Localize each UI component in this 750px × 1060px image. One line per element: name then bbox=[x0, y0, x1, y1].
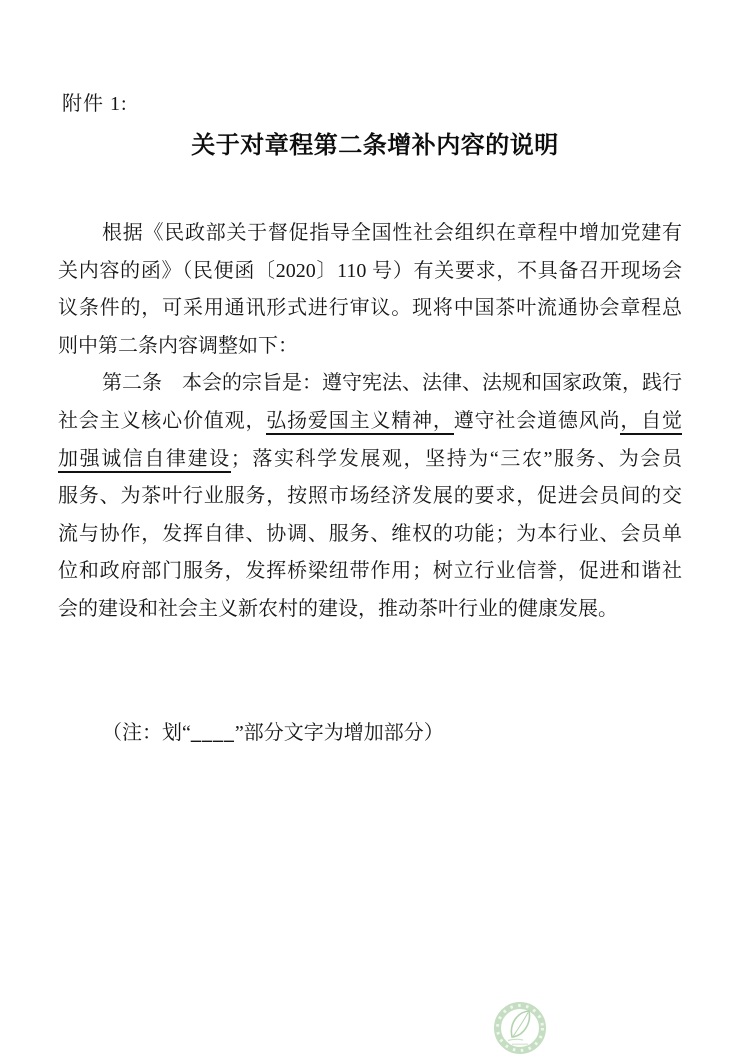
page-title: 关于对章程第二条增补内容的说明 bbox=[0, 131, 750, 160]
text-segment: 议条件的，可采用通讯形式进行审议。现将中国茶叶流通协会章程总 bbox=[58, 297, 682, 319]
text-segment: 遵守社会道德风尚 bbox=[454, 410, 621, 432]
attachment-label: 附件 1: bbox=[62, 92, 128, 116]
body-line: 第二条 本会的宗旨是：遵守宪法、法律、法规和国家政策，践行 bbox=[58, 365, 682, 403]
body-line: 加强诚信自律建设；落实科学发展观，坚持为“三农”服务、为会员 bbox=[58, 441, 682, 479]
text-segment: 第二条 本会的宗旨是：遵守宪法、法律、法规和国家政策，践行 bbox=[102, 372, 682, 394]
body-line: 根据《民政部关于督促指导全国性社会组织在章程中增加党建有 bbox=[58, 215, 682, 253]
body-line: 社会主义核心价值观，弘扬爱国主义精神，遵守社会道德风尚，自觉 bbox=[58, 403, 682, 441]
note-prefix: （注：划“ bbox=[102, 722, 191, 744]
blank-underline: ____ bbox=[191, 722, 235, 744]
text-segment: 根据《民政部关于督促指导全国性社会组织在章程中增加党建有 bbox=[102, 222, 682, 244]
text-segment: 社会主义核心价值观， bbox=[58, 410, 266, 432]
body-line: 服务、为茶叶行业服务，按照市场经济发展的要求，促进会员间的交 bbox=[58, 478, 682, 516]
text-segment: 流与协作，发挥自律、协调、服务、维权的功能；为本行业、会员单 bbox=[58, 523, 682, 545]
body-line: 议条件的，可采用通讯形式进行审议。现将中国茶叶流通协会章程总 bbox=[58, 290, 682, 328]
underlined-addition: ，自觉 bbox=[620, 410, 682, 435]
text-segment: 会的建设和社会主义新农村的建设，推动茶叶行业的健康发展。 bbox=[58, 598, 618, 620]
body-line: 流与协作，发挥自律、协调、服务、维权的功能；为本行业、会员单 bbox=[58, 516, 682, 554]
document-page: 附件 1: 关于对章程第二条增补内容的说明 根据《民政部关于督促指导全国性社会组… bbox=[0, 0, 750, 1060]
note-line: （注：划“____”部分文字为增加部分） bbox=[58, 715, 726, 753]
text-segment: 位和政府部门服务，发挥桥梁纽带作用；树立行业信誉，促进和谐社 bbox=[58, 560, 682, 582]
body-line: 则中第二条内容调整如下： bbox=[58, 328, 682, 366]
document-body: 根据《民政部关于督促指导全国性社会组织在章程中增加党建有关内容的函》（民便函〔2… bbox=[58, 215, 682, 629]
underlined-addition: 加强诚信自律建设 bbox=[58, 448, 231, 473]
body-line: 位和政府部门服务，发挥桥梁纽带作用；树立行业信誉，促进和谐社 bbox=[58, 553, 682, 591]
text-segment: ；落实科学发展观，坚持为“三农”服务、为会员 bbox=[231, 448, 682, 470]
tea-leaf-seal-icon bbox=[492, 999, 548, 1057]
body-line: 关内容的函》（民便函〔2020〕110 号）有关要求，不具备召开现场会 bbox=[58, 253, 682, 291]
note-suffix: ”部分文字为增加部分） bbox=[235, 722, 444, 744]
text-segment: 关内容的函》（民便函〔2020〕110 号）有关要求，不具备召开现场会 bbox=[58, 260, 682, 282]
body-line: 会的建设和社会主义新农村的建设，推动茶叶行业的健康发展。 bbox=[58, 591, 682, 629]
text-segment: 则中第二条内容调整如下： bbox=[58, 335, 298, 357]
text-segment: 服务、为茶叶行业服务，按照市场经济发展的要求，促进会员间的交 bbox=[58, 485, 682, 507]
underlined-addition: 弘扬爱国主义精神， bbox=[266, 410, 453, 435]
